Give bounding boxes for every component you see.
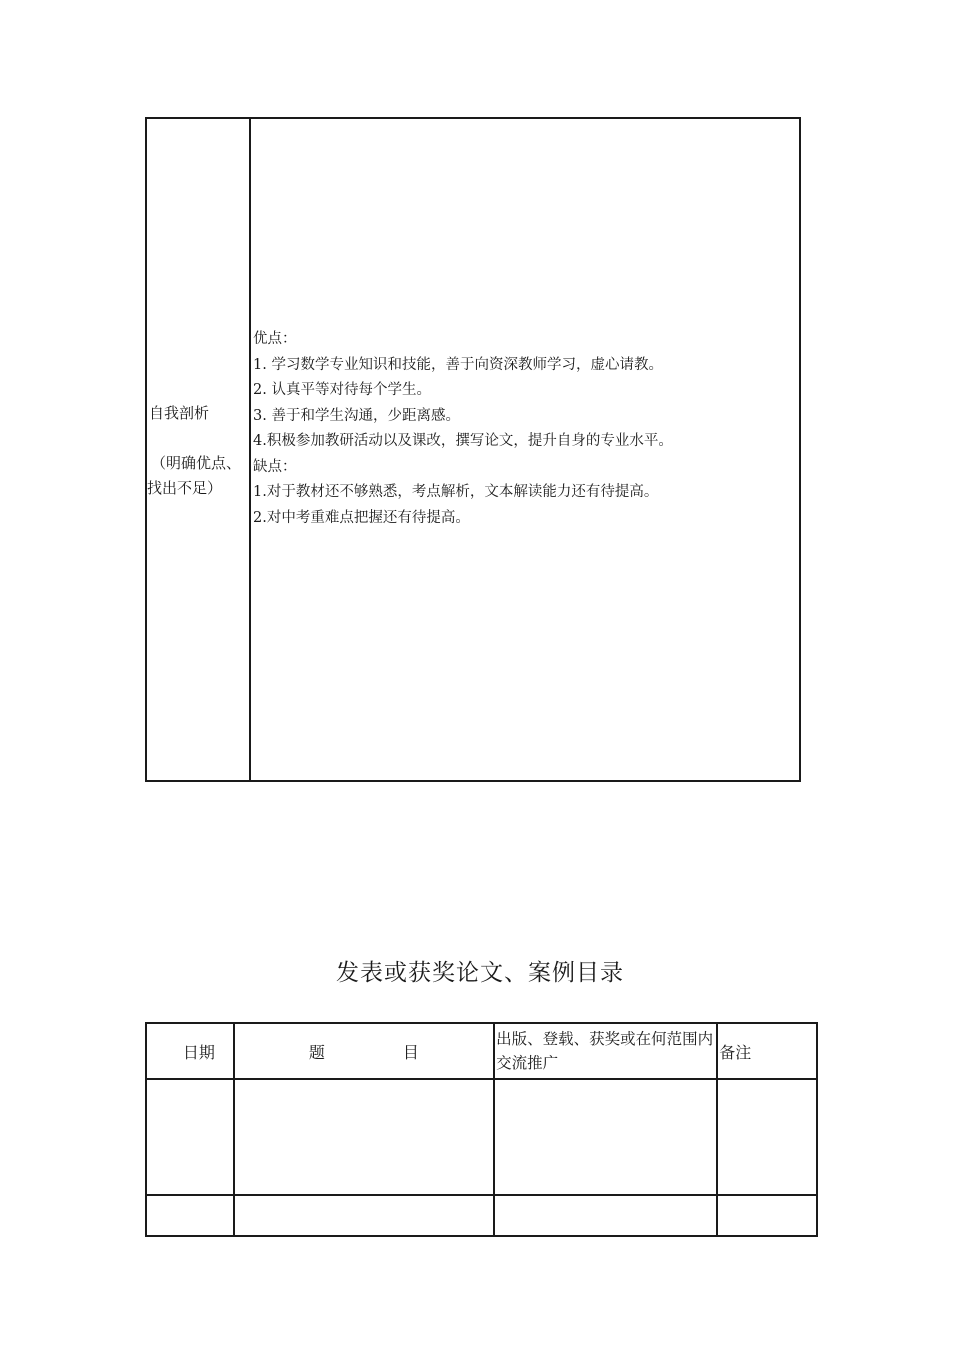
self-analysis-table: 自我剖析 （明确优点、 找出不足） 优点： 1. 学习数学专业知识和技能，善于向… bbox=[145, 117, 801, 782]
column-header-title-part1: 题 bbox=[309, 1043, 325, 1062]
column-header-date: 日期 bbox=[146, 1023, 234, 1079]
column-header-publication: 出版、登载、获奖或在何范围内交流推广 bbox=[494, 1023, 717, 1079]
self-analysis-label: 自我剖析 bbox=[149, 403, 209, 423]
papers-table: 日期 题目 出版、登载、获奖或在何范围内交流推广 备注 bbox=[145, 1022, 818, 1237]
self-analysis-label-cell: 自我剖析 （明确优点、 找出不足） bbox=[147, 119, 251, 780]
strength-item: 1. 学习数学专业知识和技能，善于向资深教师学习，虚心请教。 bbox=[253, 353, 673, 379]
cell-publication[interactable] bbox=[494, 1079, 717, 1195]
strength-item: 2. 认真平等对待每个学生。 bbox=[253, 378, 673, 404]
papers-section-title: 发表或获奖论文、案例目录 bbox=[0, 957, 960, 989]
weakness-item: 1.对于教材还不够熟悉，考点解析，文本解读能力还有待提高。 bbox=[253, 480, 673, 506]
cell-title[interactable] bbox=[234, 1195, 494, 1236]
cell-publication[interactable] bbox=[494, 1195, 717, 1236]
table-row bbox=[146, 1195, 817, 1236]
table-row bbox=[146, 1079, 817, 1195]
cell-date[interactable] bbox=[146, 1195, 234, 1236]
self-analysis-sublabel-line2: 找出不足） bbox=[147, 478, 222, 498]
self-analysis-text: 优点： 1. 学习数学专业知识和技能，善于向资深教师学习，虚心请教。 2. 认真… bbox=[253, 327, 673, 531]
papers-table-header-row: 日期 题目 出版、登载、获奖或在何范围内交流推广 备注 bbox=[146, 1023, 817, 1079]
column-header-title: 题目 bbox=[234, 1023, 494, 1079]
cell-title[interactable] bbox=[234, 1079, 494, 1195]
cell-notes[interactable] bbox=[717, 1079, 817, 1195]
self-analysis-sublabel-line1: （明确优点、 bbox=[151, 453, 241, 473]
weaknesses-heading: 缺点： bbox=[253, 455, 673, 481]
strength-item: 3. 善于和学生沟通，少距离感。 bbox=[253, 404, 673, 430]
cell-date[interactable] bbox=[146, 1079, 234, 1195]
strength-item: 4.积极参加教研活动以及课改，撰写论文，提升自身的专业水平。 bbox=[253, 429, 673, 455]
column-header-notes: 备注 bbox=[717, 1023, 817, 1079]
cell-notes[interactable] bbox=[717, 1195, 817, 1236]
self-analysis-content-cell[interactable]: 优点： 1. 学习数学专业知识和技能，善于向资深教师学习，虚心请教。 2. 认真… bbox=[251, 119, 799, 780]
strengths-heading: 优点： bbox=[253, 327, 673, 353]
weakness-item: 2.对中考重难点把握还有待提高。 bbox=[253, 506, 673, 532]
column-header-title-part2: 目 bbox=[403, 1043, 419, 1062]
